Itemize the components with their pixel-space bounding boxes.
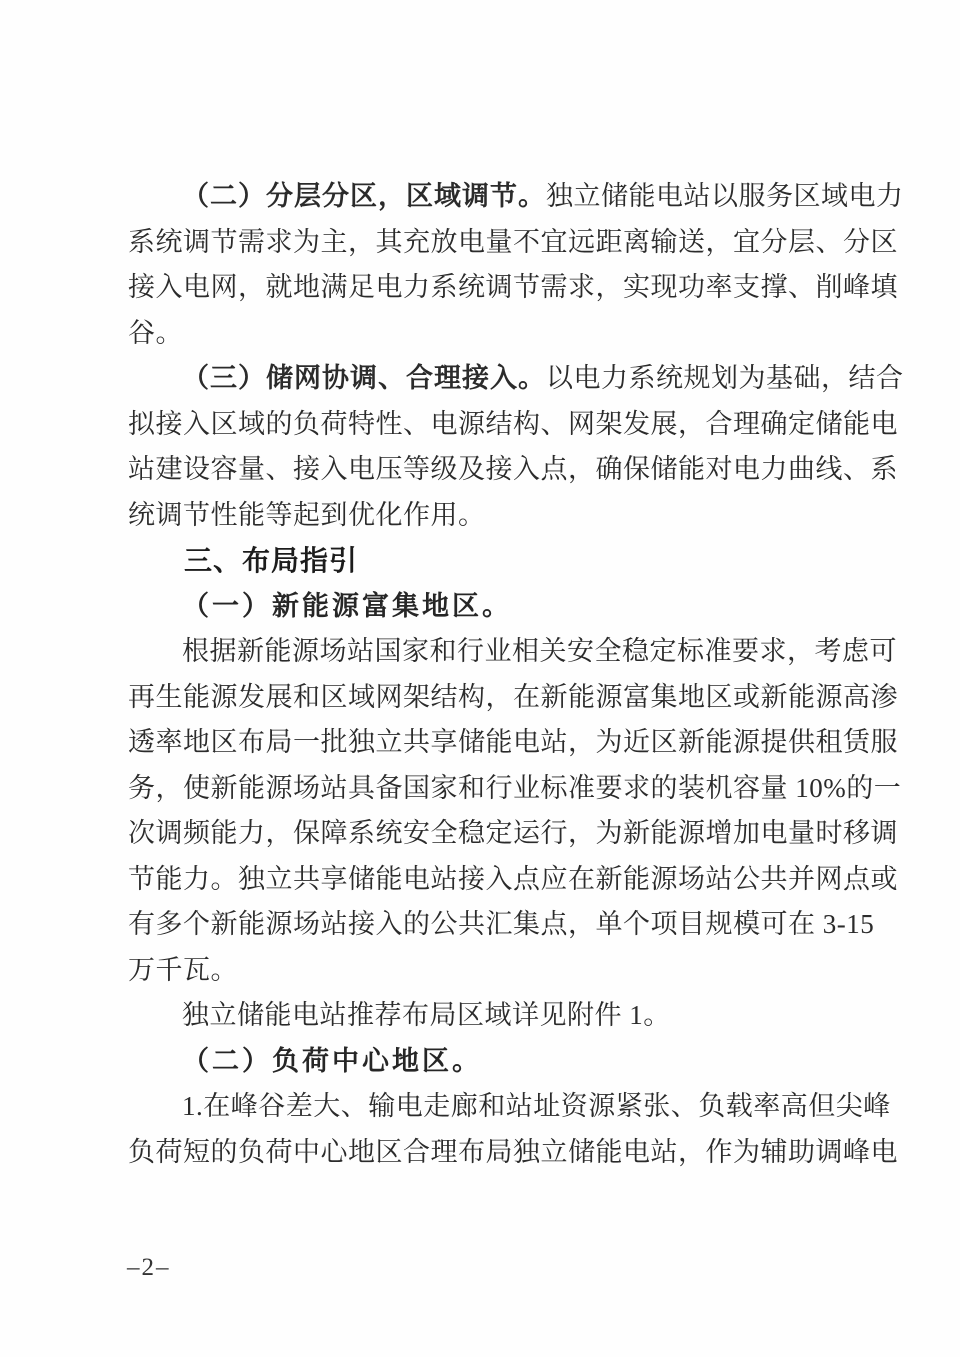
paragraph-renewable-rich-body: 根据新能源场站国家和行业相关安全稳定标准要求，考虑可 再生能源发展和区域网架结构… <box>128 629 928 993</box>
paragraph-layered-zoning: （二）分层分区，区域调节。独立储能电站以服务区域电力 系统调节需求为主，其充放电… <box>128 174 928 356</box>
paragraph-grid-coordination: （三）储网协调、合理接入。以电力系统规划为基础，结合 拟接入区域的负荷特性、电源… <box>128 356 928 538</box>
paragraph-load-center-body: 1.在峰谷差大、输电走廊和站址资源紧张、负载率高但尖峰 负荷短的负荷中心地区合理… <box>128 1084 928 1175</box>
subsection-heading-load-center-areas: （二）负荷中心地区。 <box>128 1039 928 1085</box>
paragraph-lead-label: （二）分层分区，区域调节。 <box>182 181 546 211</box>
section-heading-layout-guide: 三、布局指引 <box>128 538 928 584</box>
page-number: –2– <box>127 1254 171 1282</box>
document-page: （二）分层分区，区域调节。独立储能电站以服务区域电力 系统调节需求为主，其充放电… <box>0 0 960 1357</box>
paragraph-lead-label: （三）储网协调、合理接入。 <box>182 363 546 393</box>
subsection-heading-renewable-rich-areas: （一）新能源富集地区。 <box>128 584 928 630</box>
document-content: （二）分层分区，区域调节。独立储能电站以服务区域电力 系统调节需求为主，其充放电… <box>128 174 928 1175</box>
paragraph-attachment-reference: 独立储能电站推荐布局区域详见附件 1。 <box>128 993 928 1039</box>
